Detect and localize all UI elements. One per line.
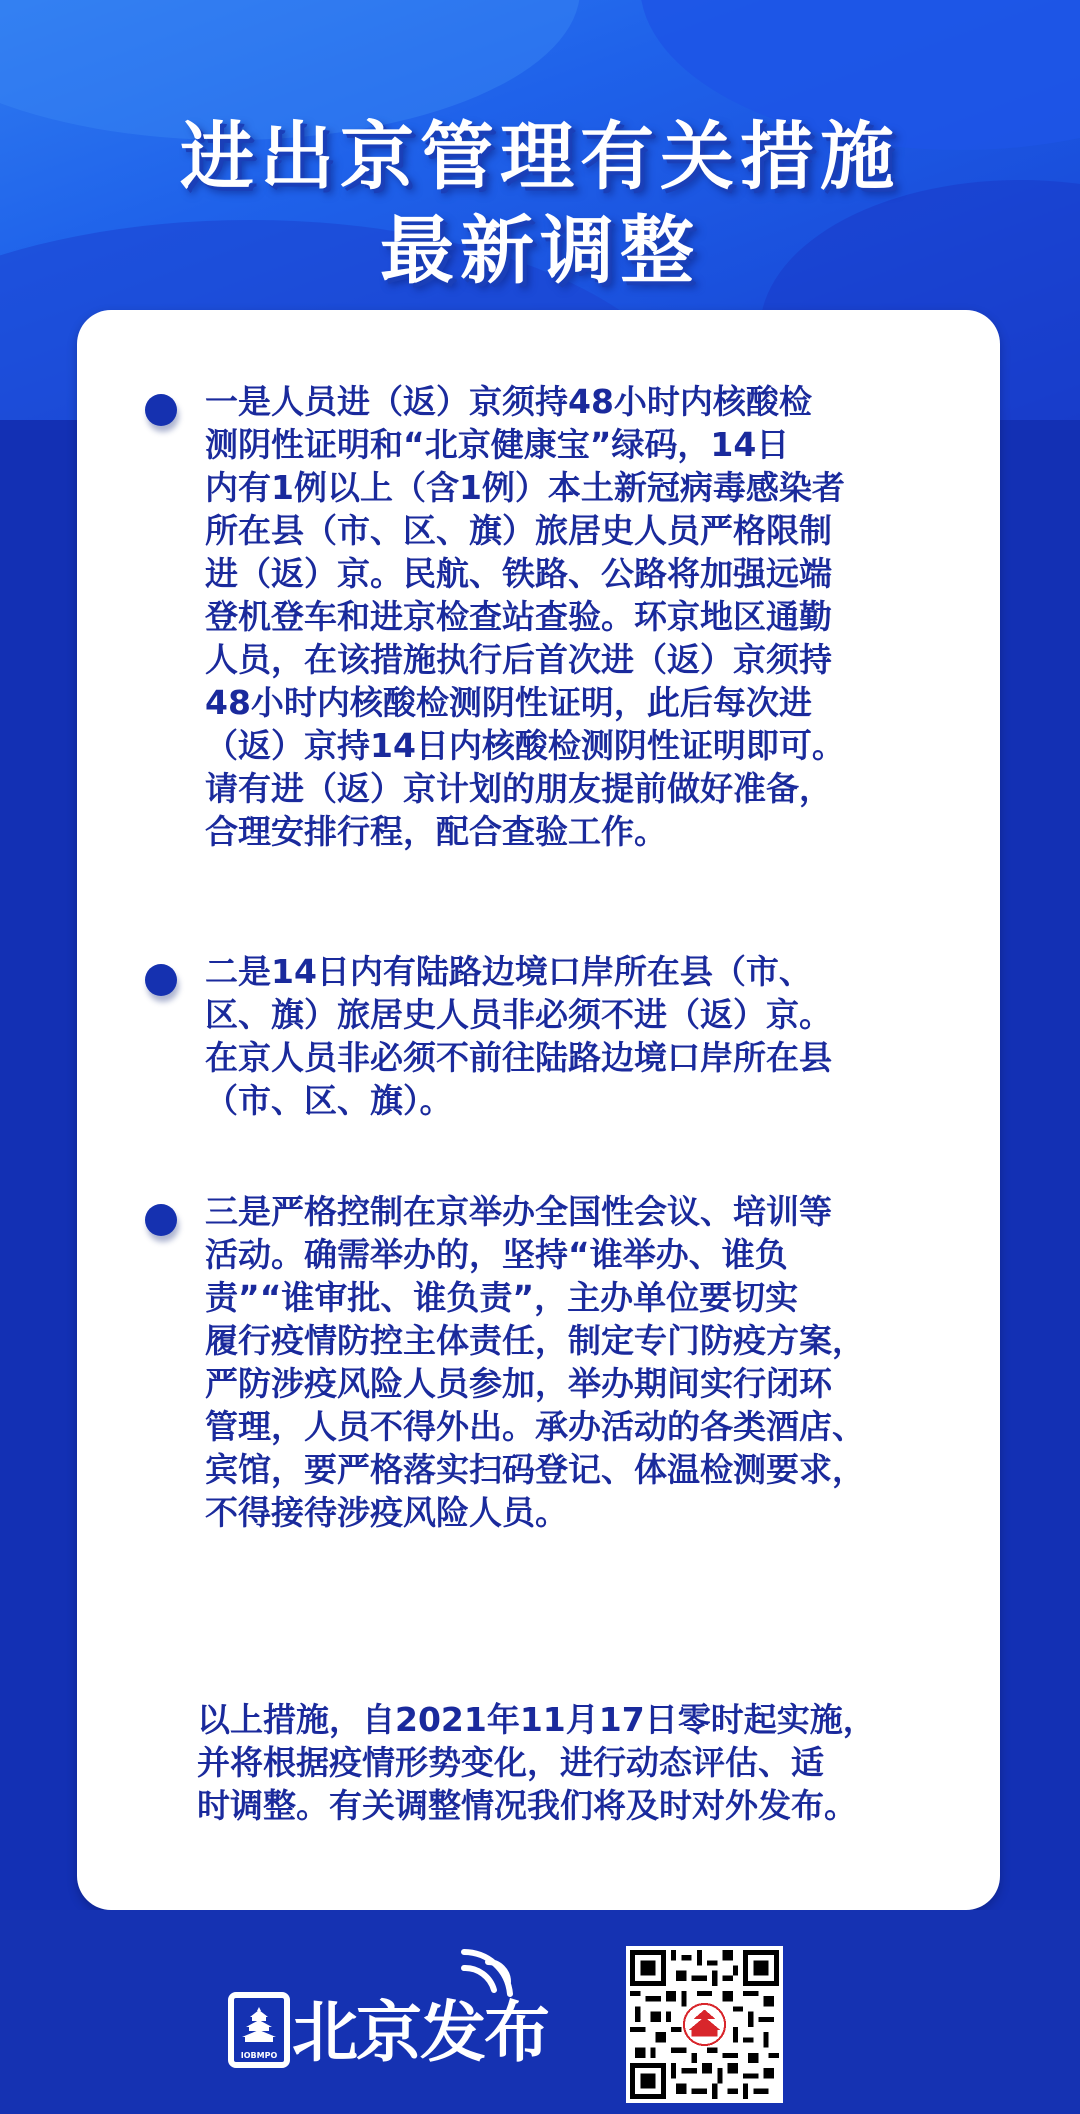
logo-text: 北京发布 (292, 1998, 548, 2068)
content-card: 一是人员进（返）京须持48小时内核酸检 测阴性证明和“北京健康宝”绿码，14日 … (77, 310, 1000, 1910)
logo-frame: IOBMPO (228, 1992, 290, 2068)
footer: IOBMPO 北京发布 (0, 1910, 1080, 2114)
temple-of-heaven-icon (240, 2006, 278, 2046)
closing-statement: 以上措施，自2021年11月17日零时起实施， 并将根据疫情形势变化，进行动态评… (197, 1698, 977, 1827)
broadcast-signal-icon (460, 1938, 520, 1998)
qr-code-icon (630, 1950, 779, 2099)
logo-tag: IOBMPO (234, 2051, 284, 2060)
qr-code[interactable] (626, 1946, 783, 2103)
page-title-line-1: 进出京管理有关措施 (0, 98, 1080, 204)
circle-bullet-icon (145, 1204, 177, 1236)
circle-bullet-icon (145, 964, 177, 996)
measure-text-2: 二是14日内有陆路边境口岸所在县（市、 区、旗）旅居史人员非必须不进（返）京。 … (205, 950, 965, 1122)
page-title-line-2: 最新调整 (0, 192, 1080, 298)
beijing-release-logo: IOBMPO 北京发布 (228, 1982, 558, 2068)
measure-text-3: 三是严格控制在京举办全国性会议、培训等 活动。确需举办的，坚持“谁举办、谁负 责… (205, 1190, 965, 1534)
circle-bullet-icon (145, 394, 177, 426)
measure-text-1: 一是人员进（返）京须持48小时内核酸检 测阴性证明和“北京健康宝”绿码，14日 … (205, 380, 965, 853)
